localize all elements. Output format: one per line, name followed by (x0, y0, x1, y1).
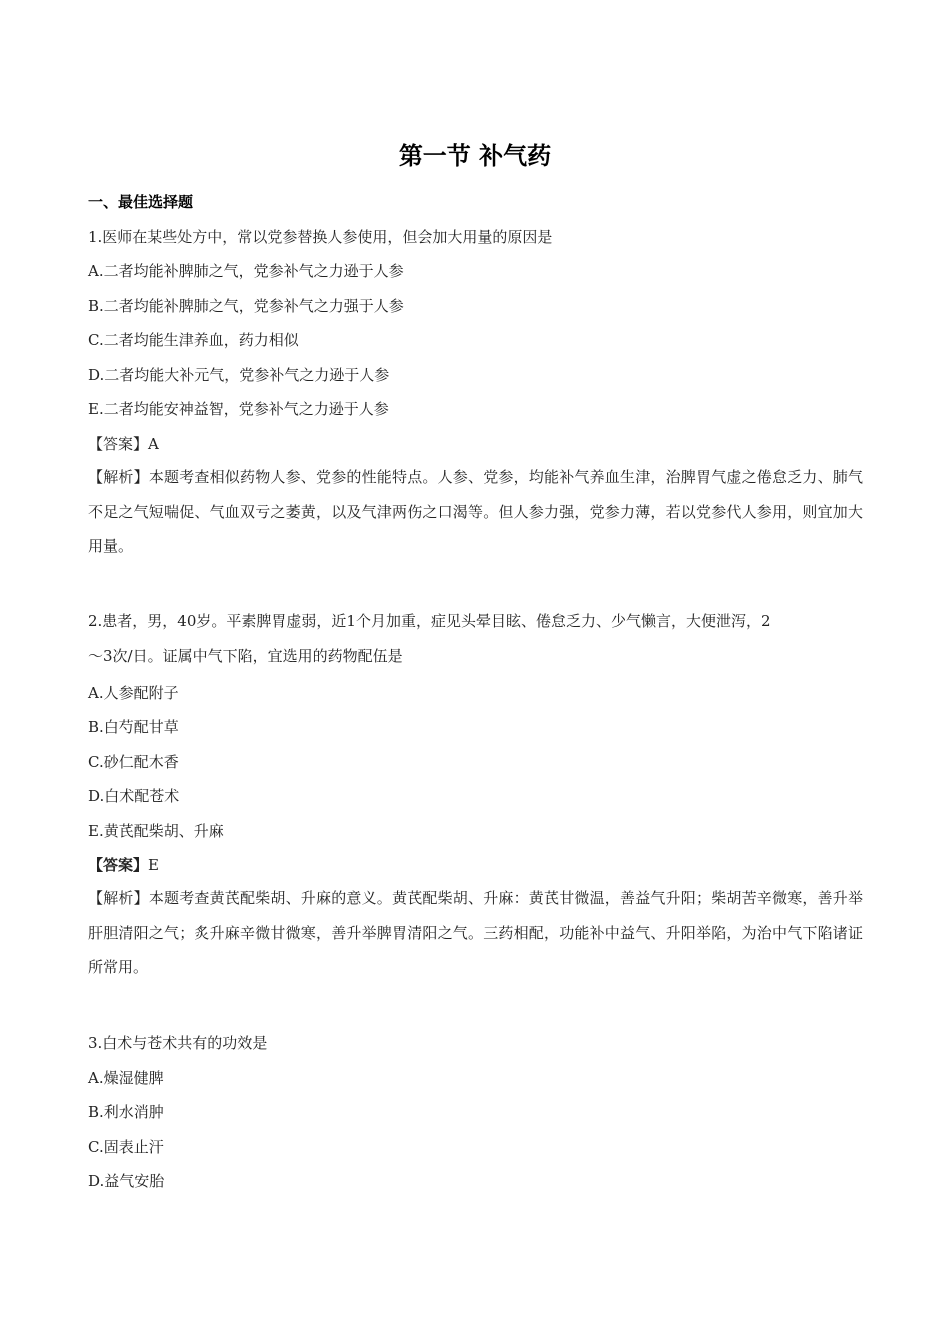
question-1-option-d: D.二者均能大补元气，党参补气之力逊于人参 (88, 365, 389, 385)
question-3-option-a: A.燥湿健脾 (88, 1068, 164, 1088)
question-2-option-a: A.人参配附子 (88, 683, 179, 703)
question-2-option-c: C.砂仁配木香 (88, 752, 179, 772)
question-3-option-b: B.利水消肿 (88, 1102, 164, 1122)
section-heading: 一、最佳选择题 (88, 192, 193, 212)
answer-label: 【答案】 (88, 856, 148, 874)
page-title: 第一节 补气药 (0, 136, 950, 171)
question-3-option-d: D.益气安胎 (88, 1171, 164, 1191)
question-3-option-c: C.固表止汗 (88, 1137, 164, 1157)
question-1-option-a: A.二者均能补脾肺之气，党参补气之力逊于人参 (88, 261, 404, 281)
question-1-analysis: 【解析】本题考查相似药物人参、党参的性能特点。人参、党参，均能补气养血生津，治脾… (88, 460, 863, 564)
question-1-option-b: B.二者均能补脾肺之气，党参补气之力强于人参 (88, 296, 404, 316)
question-3-stem: 3.白术与苍术共有的功效是 (88, 1033, 267, 1053)
question-2-option-b: B.白芍配甘草 (88, 717, 179, 737)
question-2-analysis: 【解析】本题考查黄芪配柴胡、升麻的意义。黄芪配柴胡、升麻：黄芪甘微温，善益气升阳… (88, 881, 863, 985)
question-1-option-e: E.二者均能安神益智，党参补气之力逊于人参 (88, 399, 389, 419)
question-1-stem: 1.医师在某些处方中，常以党参替换人参使用，但会加大用量的原因是 (88, 227, 552, 247)
question-2-answer: 【答案】E (88, 855, 159, 875)
answer-value: E (148, 856, 159, 874)
question-2-option-d: D.白术配苍术 (88, 786, 179, 806)
answer-value: A (148, 435, 159, 453)
question-1-answer: 【答案】A (88, 434, 159, 454)
question-2-stem-line2: ～3次/日。证属中气下陷，宜选用的药物配伍是 (88, 646, 403, 666)
analysis-label: 【解析】 (88, 889, 149, 907)
question-1-option-c: C.二者均能生津养血，药力相似 (88, 330, 299, 350)
question-2-stem-line1: 2.患者，男，40岁。平素脾胃虚弱，近1个月加重，症见头晕目眩、倦怠乏力、少气懒… (88, 611, 771, 631)
document-page: 第一节 补气药 一、最佳选择题 1.医师在某些处方中，常以党参替换人参使用，但会… (0, 0, 950, 1344)
analysis-text: 本题考查黄芪配柴胡、升麻的意义。黄芪配柴胡、升麻：黄芪甘微温，善益气升阳；柴胡苦… (88, 889, 863, 976)
analysis-label: 【解析】 (88, 468, 149, 486)
answer-label: 【答案】 (88, 435, 148, 453)
analysis-text: 本题考查相似药物人参、党参的性能特点。人参、党参，均能补气养血生津，治脾胃气虚之… (88, 468, 863, 555)
question-2-option-e: E.黄芪配柴胡、升麻 (88, 821, 224, 841)
